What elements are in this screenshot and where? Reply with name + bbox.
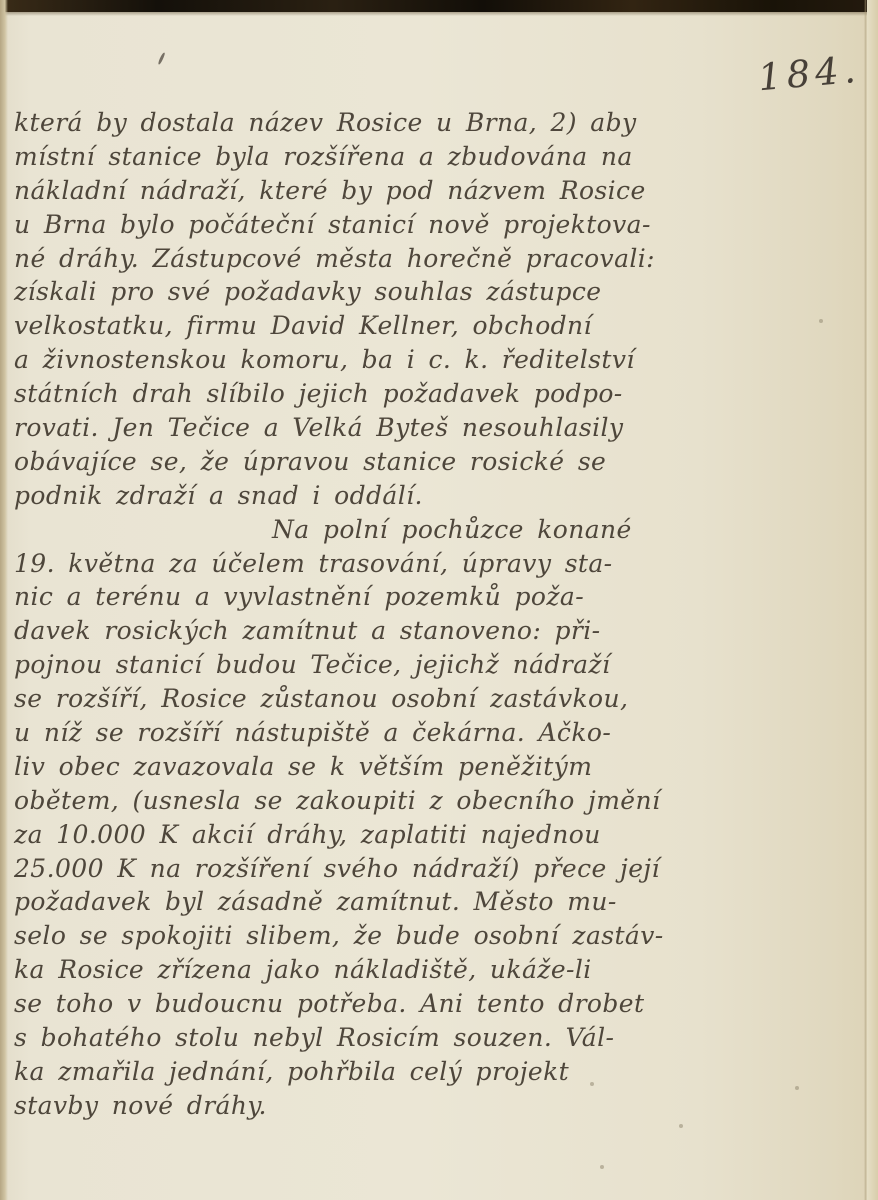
manuscript-line: získali pro své požadavky souhlas zástup… <box>14 275 754 309</box>
manuscript-line: ka Rosice zřízena jako nákladiště, ukáže… <box>14 953 754 987</box>
paper-speck <box>819 319 823 323</box>
manuscript-line: za 10.000 K akcií dráhy, zaplatiti najed… <box>14 818 754 852</box>
book-top-edge <box>0 0 878 12</box>
page-binding-edge <box>0 0 8 1200</box>
paper-speck <box>795 1086 799 1090</box>
manuscript-line: nákladní nádraží, které by pod názvem Ro… <box>14 174 754 208</box>
manuscript-line: nic a terénu a vyvlastnění pozemků poža- <box>14 580 754 614</box>
manuscript-line: Na polní pochůzce konané <box>14 513 754 547</box>
manuscript-line: rovati. Jen Tečice a Velká Byteš nesouhl… <box>14 411 754 445</box>
manuscript-line: velkostatku, firmu David Kellner, obchod… <box>14 309 754 343</box>
manuscript-line: se toho v budoucnu potřeba. Ani tento dr… <box>14 987 754 1021</box>
manuscript-line: u níž se rozšíří nástupiště a čekárna. A… <box>14 716 754 750</box>
manuscript-line: selo se spokojiti slibem, že bude osobní… <box>14 919 754 953</box>
manuscript-line: požadavek byl zásadně zamítnut. Město mu… <box>14 885 754 919</box>
manuscript-line: se rozšíří, Rosice zůstanou osobní zastá… <box>14 682 754 716</box>
manuscript-line: s bohatého stolu nebyl Rosicím souzen. V… <box>14 1021 754 1055</box>
manuscript-line: podnik zdraží a snad i oddálí. <box>14 479 754 513</box>
manuscript-line: u Brna bylo počáteční stanicí nově proje… <box>14 208 754 242</box>
manuscript-line: místní stanice byla rozšířena a zbudován… <box>14 140 754 174</box>
manuscript-line: né dráhy. Zástupcové města horečně praco… <box>14 242 754 276</box>
manuscript-line: obávajíce se, že úpravou stanice rosické… <box>14 445 754 479</box>
manuscript-line: pojnou stanicí budou Tečice, jejichž nád… <box>14 648 754 682</box>
manuscript-page: 184. která by dostala název Rosice u Brn… <box>0 0 878 1200</box>
manuscript-line: liv obec zavazovala se k větším peněžitý… <box>14 750 754 784</box>
manuscript-line: 25.000 K na rozšíření svého nádraží) pře… <box>14 852 754 886</box>
manuscript-line: davek rosických zamítnut a stanoveno: př… <box>14 614 754 648</box>
ink-stray-mark <box>157 52 165 65</box>
manuscript-line: ka zmařila jednání, pohřbila celý projek… <box>14 1055 754 1089</box>
manuscript-line: která by dostala název Rosice u Brna, 2)… <box>14 106 754 140</box>
manuscript-line: státních drah slíbilo jejich požadavek p… <box>14 377 754 411</box>
paper-speck <box>600 1165 604 1169</box>
manuscript-text: která by dostala název Rosice u Brna, 2)… <box>14 106 754 1123</box>
manuscript-line: 19. května za účelem trasování, úpravy s… <box>14 547 754 581</box>
manuscript-line: stavby nové dráhy. <box>14 1089 754 1123</box>
manuscript-line: a živnostenskou komoru, ba i c. k. ředit… <box>14 343 754 377</box>
page-right-edge <box>867 0 878 1200</box>
paper-speck <box>679 1124 683 1128</box>
page-number: 184. <box>756 48 862 100</box>
manuscript-line: obětem, (usnesla se zakoupiti z obecního… <box>14 784 754 818</box>
